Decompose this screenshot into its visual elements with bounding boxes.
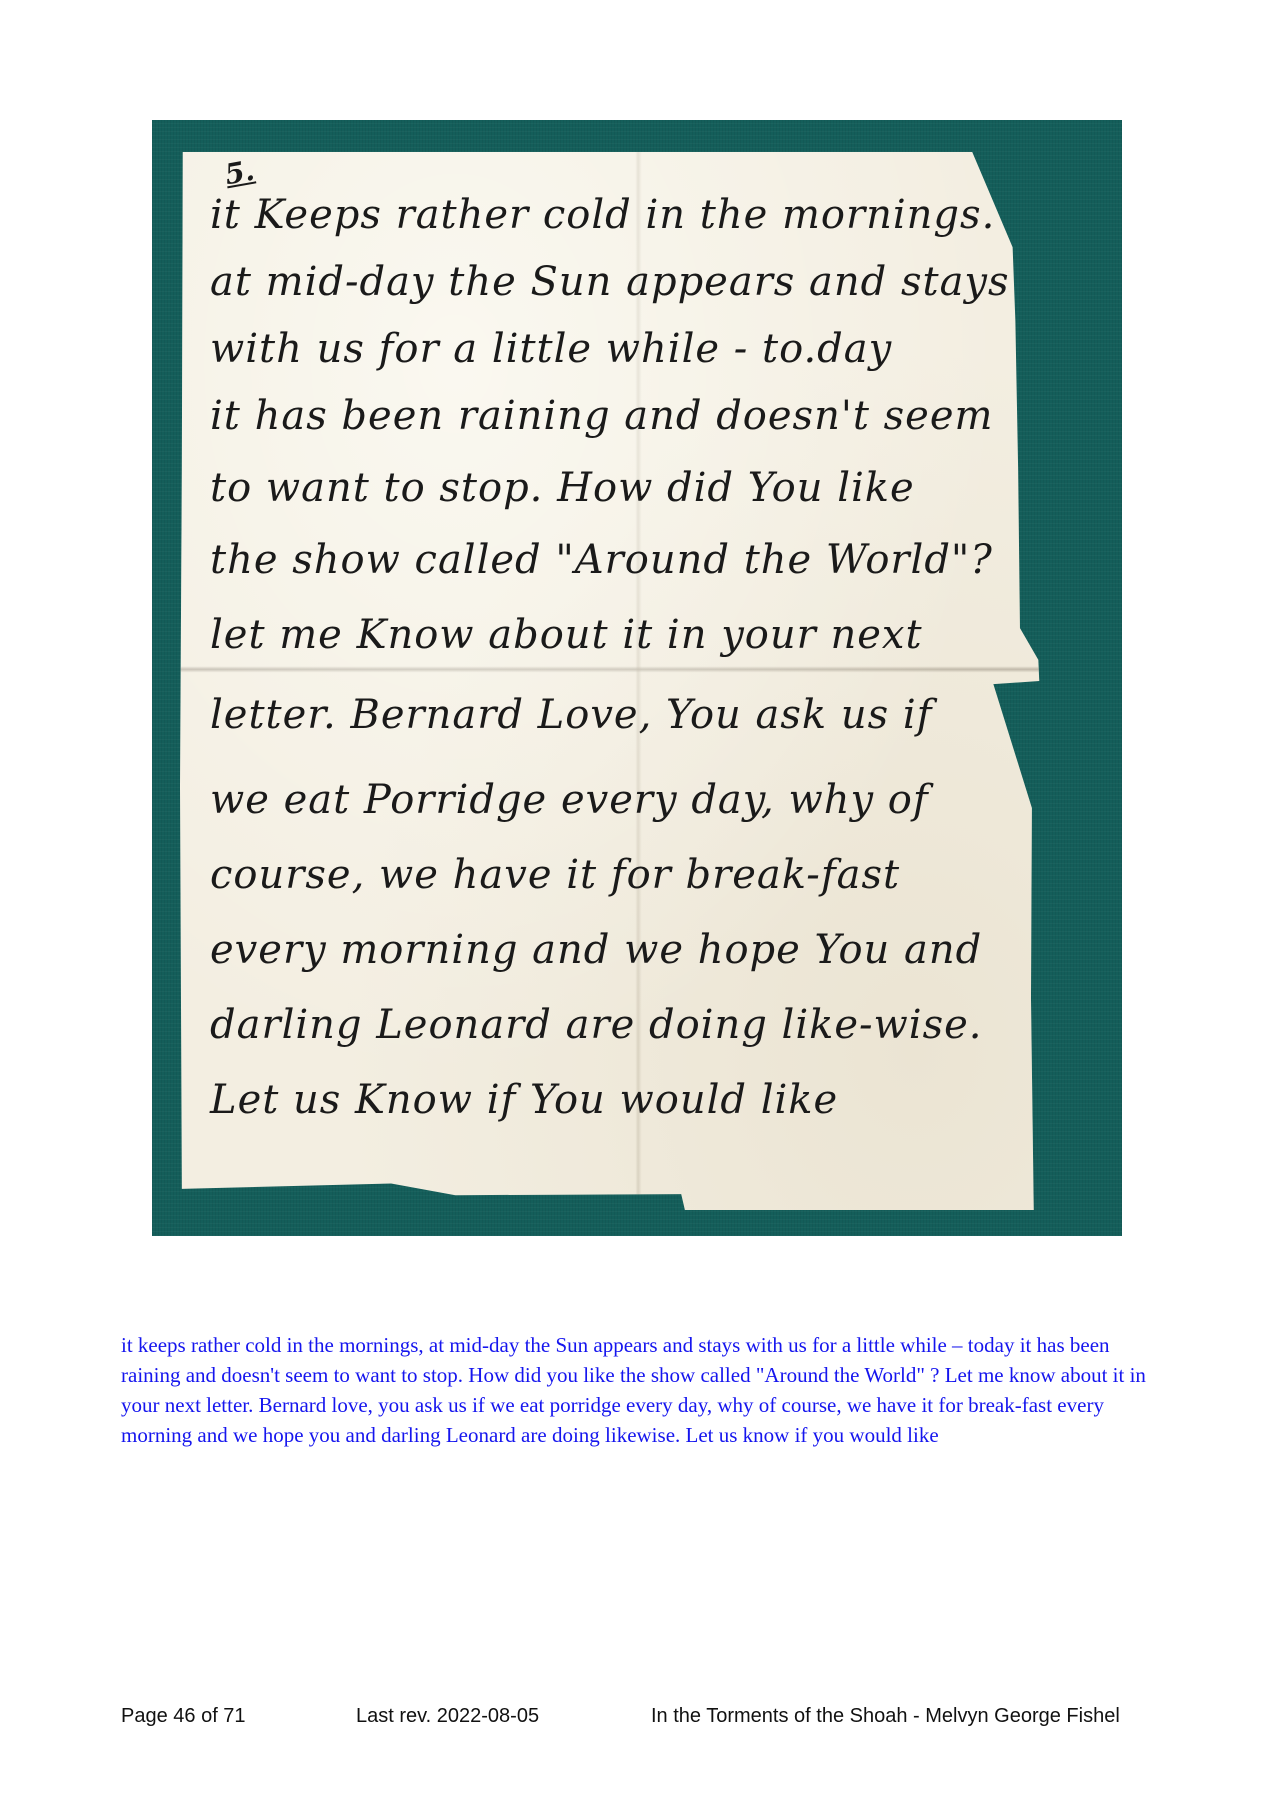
letter-photo: 5. it Keeps rather cold in the mornings.… <box>152 120 1122 1236</box>
page-footer: Page 46 of 71 Last rev. 2022-08-05 In th… <box>0 1705 1273 1735</box>
footer-page-number: Page 46 of 71 <box>121 1705 246 1728</box>
handwriting-area: 5. it Keeps rather cold in the mornings.… <box>180 152 1098 1210</box>
handwritten-line: Let us Know if You would like <box>210 1077 838 1123</box>
handwritten-line: every morning and we hope You and <box>210 927 982 973</box>
footer-document-title: In the Torments of the Shoah - Melvyn Ge… <box>651 1705 1120 1728</box>
handwritten-line: it Keeps rather cold in the mornings. <box>210 192 995 238</box>
handwritten-line: to want to stop. How did You like <box>210 465 915 511</box>
handwritten-page-number: 5. <box>222 154 257 192</box>
handwritten-line: course, we have it for break-fast <box>210 852 900 898</box>
handwritten-letter-page: 5. it Keeps rather cold in the mornings.… <box>180 152 1098 1210</box>
handwritten-line: the show called "Around the World"? <box>210 537 993 583</box>
letter-transcription: it keeps rather cold in the mornings, at… <box>121 1330 1161 1450</box>
handwritten-line: at mid-day the Sun appears and stays <box>210 259 1010 305</box>
handwritten-line: letter. Bernard Love, You ask us if <box>210 692 932 738</box>
handwritten-line: we eat Porridge every day, why of <box>210 777 929 823</box>
handwritten-line: with us for a little while - to.day <box>210 326 892 372</box>
handwritten-line: it has been raining and doesn't seem <box>210 393 993 439</box>
footer-revision-date: Last rev. 2022-08-05 <box>356 1705 539 1728</box>
handwritten-line: let me Know about it in your next <box>210 612 923 658</box>
handwritten-line: darling Leonard are doing like-wise. <box>210 1002 982 1048</box>
